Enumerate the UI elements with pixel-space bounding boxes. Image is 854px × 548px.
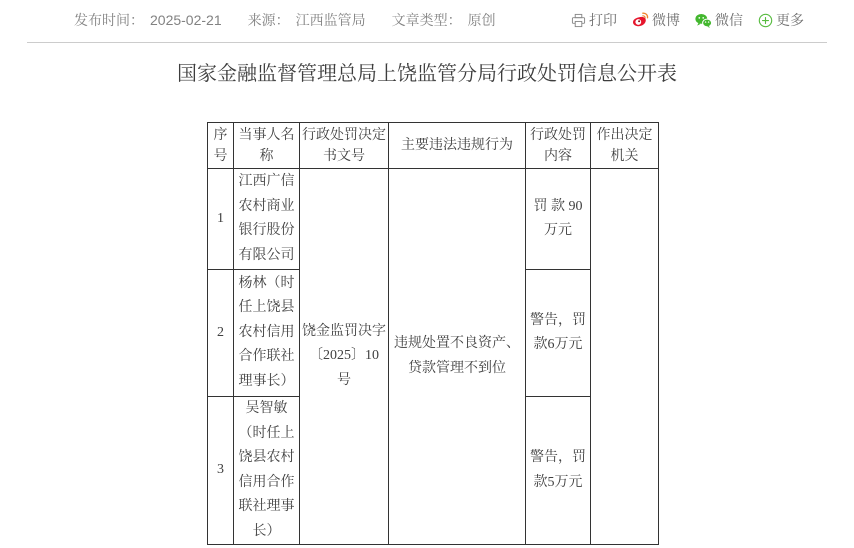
cell-penalty-content: 罚 款 90 万元 xyxy=(526,169,591,270)
article-type-value: 原创 xyxy=(468,12,496,28)
page-title: 国家金融监督管理总局上饶监管分局行政处罚信息公开表 xyxy=(0,60,854,88)
header-seq-no: 序 号 xyxy=(208,123,234,169)
cell-seq-no: 2 xyxy=(208,270,234,397)
cell-deciding-authority xyxy=(591,169,659,545)
wechat-share-button[interactable]: 微信 xyxy=(695,11,743,29)
more-share-button[interactable]: 更多 xyxy=(758,11,804,29)
cell-party-name: 江西广信 农村商业 银行股份 有限公司 xyxy=(234,169,300,270)
print-button[interactable]: 打印 xyxy=(571,11,617,29)
article-type-label: 文章类型： xyxy=(392,12,462,28)
wechat-icon xyxy=(695,13,712,28)
table-header-row: 序 号 当事人名 称 行政处罚决定 书文号 主要违法违规行为 行政处罚 内容 作… xyxy=(208,123,659,169)
weibo-icon xyxy=(632,12,649,28)
weibo-label: 微博 xyxy=(652,11,680,29)
source-value: 江西监管局 xyxy=(296,12,366,28)
share-toolbar: 打印 微博 微信 更多 xyxy=(571,11,804,29)
cell-party-name: 吴智敏 （时任上 饶县农村 信用合作 联社理事 长） xyxy=(234,397,300,545)
publish-time-value: 2025-02-21 xyxy=(150,12,222,28)
header-penalty-content: 行政处罚 内容 xyxy=(526,123,591,169)
source: 来源：江西监管局 xyxy=(248,11,366,29)
header-party-name: 当事人名 称 xyxy=(234,123,300,169)
header-violation: 主要违法违规行为 xyxy=(389,123,526,169)
plus-circle-icon xyxy=(758,13,773,28)
cell-seq-no: 1 xyxy=(208,169,234,270)
cell-violation: 违规处置不良资产、 贷款管理不到位 xyxy=(389,169,526,545)
article-meta-bar: 发布时间：2025-02-21 来源：江西监管局 文章类型：原创 打印 微博 微… xyxy=(74,11,804,29)
publish-time: 发布时间：2025-02-21 xyxy=(74,11,222,29)
cell-party-name: 杨林（时 任上饶县 农村信用 合作联社 理事长） xyxy=(234,270,300,397)
cell-penalty-content: 警告，罚 款6万元 xyxy=(526,270,591,397)
header-decision-doc-no: 行政处罚决定 书文号 xyxy=(300,123,389,169)
printer-icon xyxy=(571,13,586,28)
article-type: 文章类型：原创 xyxy=(392,11,496,29)
cell-penalty-content: 警告，罚 款5万元 xyxy=(526,397,591,545)
header-divider xyxy=(27,42,827,43)
publish-time-label: 发布时间： xyxy=(74,12,144,28)
header-deciding-authority: 作出决定 机关 xyxy=(591,123,659,169)
weibo-share-button[interactable]: 微博 xyxy=(632,11,680,29)
wechat-label: 微信 xyxy=(715,11,743,29)
print-label: 打印 xyxy=(589,11,617,29)
article-meta-info: 发布时间：2025-02-21 来源：江西监管局 文章类型：原创 xyxy=(74,11,496,29)
cell-decision-doc-no: 饶金监罚决字 〔2025〕10 号 xyxy=(300,169,389,545)
penalty-table: 序 号 当事人名 称 行政处罚决定 书文号 主要违法违规行为 行政处罚 内容 作… xyxy=(207,122,659,545)
table-row: 1 江西广信 农村商业 银行股份 有限公司 饶金监罚决字 〔2025〕10 号 … xyxy=(208,169,659,270)
cell-seq-no: 3 xyxy=(208,397,234,545)
more-label: 更多 xyxy=(776,11,804,29)
source-label: 来源： xyxy=(248,12,290,28)
